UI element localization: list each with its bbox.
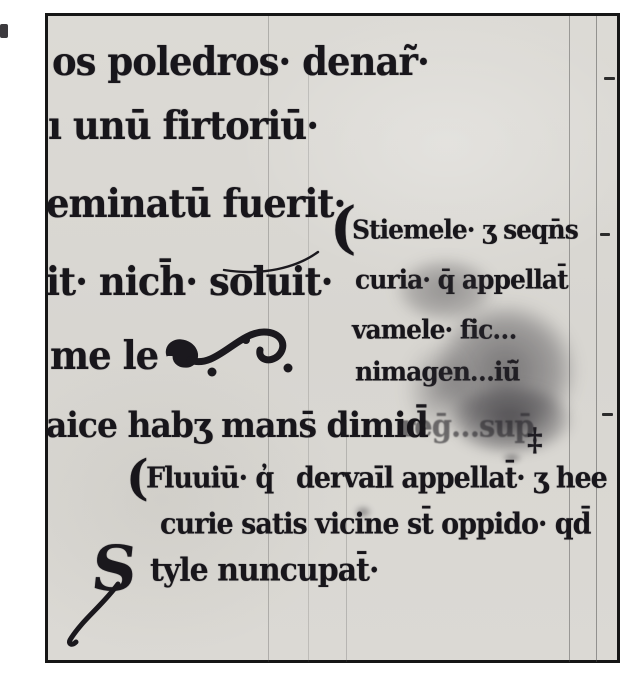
margin-line-1: Stiemele· ʒ seqn̄s xyxy=(352,214,578,245)
line3-text: eminatū fuerit· xyxy=(46,180,345,227)
mid2-text: reḡ…sup̄ xyxy=(400,408,534,444)
bottom3-text: tyle nuncupat̄· xyxy=(150,552,378,589)
mid-line: aice habʒ mans̄ dimid̄ xyxy=(46,404,428,445)
text-line-5: me le xyxy=(50,332,158,379)
margin-line-2: curia· q̄ appellat̄ xyxy=(355,264,568,295)
initial-swash-icon xyxy=(62,580,142,650)
margin3-text: vamele· fic… xyxy=(352,314,516,345)
cross-glyph: ‡ xyxy=(527,422,542,459)
bottom-line-1b: dervaīl appellat̄· ʒ hee xyxy=(296,462,607,495)
margin-blot xyxy=(0,24,8,38)
text-line-2: ı unū firtoriū· xyxy=(48,102,318,149)
pricking-dash xyxy=(604,77,615,80)
bottom2-text: curie satis vicine st̄ oppido· qd̄ xyxy=(160,508,591,541)
line5-flourish-icon xyxy=(160,322,300,382)
margin2-text: curia· q̄ appellat̄ xyxy=(355,264,568,295)
margin4-text: nimagen…iū̃ xyxy=(355,356,520,387)
mid-line-stained: reḡ…sup̄ xyxy=(400,408,534,444)
pricking-dash xyxy=(602,413,613,416)
ruling-line-vertical xyxy=(596,16,597,662)
mid1-text: aice habʒ mans̄ dimid̄ xyxy=(46,404,428,445)
bottom-line-3: tyle nuncupat̄· xyxy=(150,552,378,589)
soluit-swash-icon xyxy=(222,246,322,276)
margin-line-3: vamele· fic… xyxy=(352,314,516,345)
bottom-line-1a: Fluuiū· q̓ xyxy=(146,462,273,495)
ruling-line-vertical xyxy=(346,420,347,662)
manuscript-photo: os poledros· denar̃· ı unū firtoriū· emi… xyxy=(0,0,636,685)
text-line-1: os poledros· denar̃· xyxy=(52,38,429,85)
margin1-text: Stiemele· ʒ seqn̄s xyxy=(352,214,578,245)
bottom-line-2: curie satis vicine st̄ oppido· qd̄ xyxy=(160,508,591,541)
margin-line-4: nimagen…iū̃ xyxy=(355,356,520,387)
line1-text: os poledros· denar̃· xyxy=(52,38,429,85)
line5-text: me le xyxy=(50,332,158,379)
ruling-line-vertical xyxy=(569,16,570,662)
pricking-dash xyxy=(600,233,610,236)
line2-text: ı unū firtoriū· xyxy=(48,102,318,149)
bottom1b-text: dervaīl appellat̄· ʒ hee xyxy=(296,462,607,495)
text-line-3: eminatū fuerit· xyxy=(46,180,345,227)
bottom1a-text: Fluuiū· q̓ xyxy=(146,462,273,495)
cross-mark: ‡ xyxy=(527,422,542,459)
